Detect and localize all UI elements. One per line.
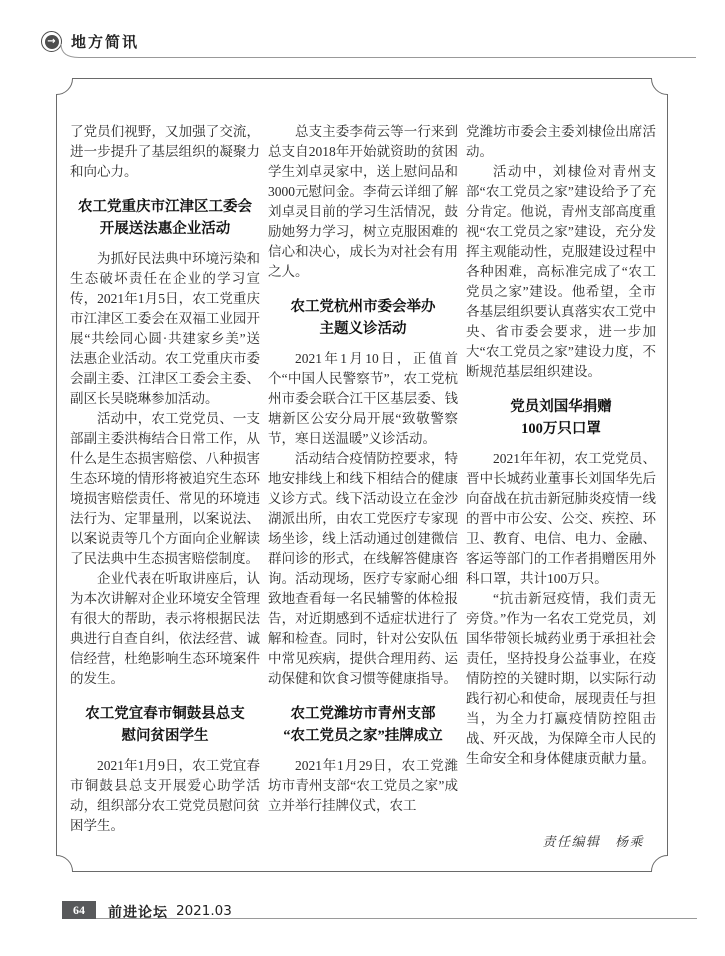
paragraph: 活动中，刘棣俭对青州支部“农工党员之家”建设给予了充分肯定。他说，青州支部高度重… [466, 162, 656, 382]
article-heading: 农工党潍坊市青州支部“农工党员之家”挂牌成立 [268, 703, 458, 747]
paragraph: 2021年年初，农工党党员、晋中长城药业董事长刘国华先后向奋战在抗击新冠肺炎疫情… [466, 449, 656, 589]
paragraph: 企业代表在听取讲座后，认为本次讲解对企业环境安全管理有很大的帮助，表示将根据民法… [70, 569, 260, 689]
text-column: 总支主委李荷云等一行来到总支自2018年开始就资助的贫困学生刘卓灵家中，送上慰问… [268, 122, 458, 872]
article-heading: 农工党重庆市江津区工委会开展送法惠企业活动 [70, 196, 260, 240]
paragraph: 了党员们视野，又加强了交流，进一步提升了基层组织的凝聚力和向心力。 [70, 122, 260, 182]
header-rule [55, 43, 697, 60]
journal-name: 前进论坛 [108, 902, 168, 922]
text-column: 了党员们视野，又加强了交流，进一步提升了基层组织的凝聚力和向心力。农工党重庆市江… [70, 122, 260, 872]
content-frame: 了党员们视野，又加强了交流，进一步提升了基层组织的凝聚力和向心力。农工党重庆市江… [56, 78, 668, 872]
paragraph: 活动中，农工党党员、一支部副主委洪梅结合日常工作，从什么是生态损害赔偿、八种损害… [70, 409, 260, 569]
paragraph: 为抓好民法典中环境污染和生态破坏责任在企业的学习宣传，2021年1月5日，农工党… [70, 249, 260, 409]
page-number-badge: 64 [62, 901, 96, 919]
paragraph: 2021年1月9日，农工党宜春市铜鼓县总支开展爱心助学活动，组织部分农工党党员慰… [70, 756, 260, 836]
text-column: 党潍坊市委会主委刘棣俭出席活动。活动中，刘棣俭对青州支部“农工党员之家”建设给予… [466, 122, 656, 872]
article-heading: 党员刘国华捐赠100万只口罩 [466, 396, 656, 440]
paragraph: 活动结合疫情防控要求，特地安排线上和线下相结合的健康义诊方式。线下活动设立在金沙… [268, 449, 458, 689]
paragraph: 2021年1月10日，正值首个“中国人民警察节”，农工党杭州市委会联合江干区基层… [268, 349, 458, 449]
paragraph: 2021年1月29日，农工党潍坊市青州支部“农工党员之家”成立并举行挂牌仪式，农… [268, 756, 458, 816]
paragraph: 总支主委李荷云等一行来到总支自2018年开始就资助的贫困学生刘卓灵家中，送上慰问… [268, 122, 458, 282]
footer-rule [96, 918, 697, 919]
paragraph: 党潍坊市委会主委刘棣俭出席活动。 [466, 122, 656, 162]
paragraph: “抗击新冠疫情，我们责无旁贷。”作为一名农工党党员，刘国华带领长城药业勇于承担社… [466, 589, 656, 769]
article-heading: 农工党杭州市委会举办主题义诊活动 [268, 296, 458, 340]
issue-date: 2021.03 [176, 903, 232, 919]
editor-credit: 责任编辑 杨乘 [466, 831, 656, 850]
article-heading: 农工党宜春市铜鼓县总支慰问贫困学生 [70, 703, 260, 747]
